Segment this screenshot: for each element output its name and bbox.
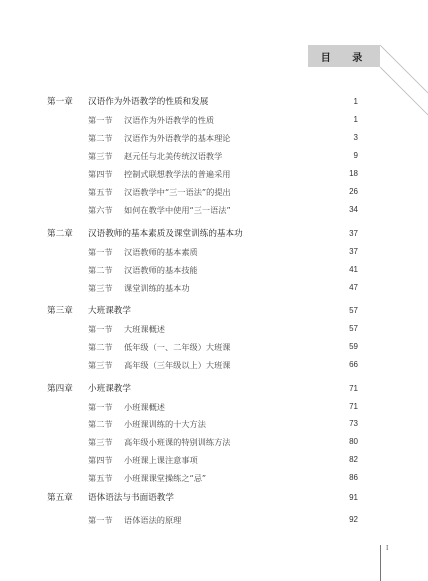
toc-section-entry[interactable]: 第一节汉语作为外语教学的性质1 xyxy=(0,112,428,128)
entry-label: 第三节 xyxy=(88,434,113,450)
toc-section-entry[interactable]: 第一节小班课概述71 xyxy=(0,399,428,415)
toc-chapter-entry[interactable]: 第二章汉语教师的基本素质及课堂训练的基本功37 xyxy=(0,226,428,242)
entry-label: 第一节 xyxy=(88,112,113,128)
entry-label: 第三节 xyxy=(88,148,113,164)
entry-title: 大班课概述 xyxy=(124,321,165,337)
toc-section-entry[interactable]: 第三节高年级（三年级以上）大班课66 xyxy=(0,357,428,373)
entry-label: 第一节 xyxy=(88,321,113,337)
page-folio: I xyxy=(386,544,388,552)
toc-chapter-entry[interactable]: 第五章语体语法与书面语教学91 xyxy=(0,490,428,506)
entry-page-number: 1 xyxy=(354,94,358,110)
entry-title: 小班课课堂操练之“忌” xyxy=(124,470,206,486)
entry-title: 汉语作为外语教学的性质和发展 xyxy=(88,94,208,110)
entry-page-number: 26 xyxy=(349,184,358,200)
entry-label: 第四节 xyxy=(88,166,113,182)
toc-section-entry[interactable]: 第四节控制式联想教学法的普遍采用18 xyxy=(0,166,428,182)
entry-title: 语体语法与书面语教学 xyxy=(88,490,174,506)
entry-label: 第一节 xyxy=(88,399,113,415)
toc-section-entry[interactable]: 第六节如何在教学中使用“三一语法”34 xyxy=(0,202,428,218)
entry-page-number: 57 xyxy=(349,303,358,319)
entry-title: 控制式联想教学法的普遍采用 xyxy=(124,166,230,182)
entry-label: 第一章 xyxy=(47,94,73,110)
entry-page-number: 73 xyxy=(349,416,358,432)
entry-page-number: 91 xyxy=(349,490,358,506)
entry-title: 小班课上课注意事项 xyxy=(124,452,198,468)
entry-label: 第二节 xyxy=(88,262,113,278)
entry-label: 第二节 xyxy=(88,130,113,146)
entry-label: 第一节 xyxy=(88,244,113,260)
entry-page-number: 34 xyxy=(349,202,358,218)
entry-title: 小班课概述 xyxy=(124,399,165,415)
entry-page-number: 47 xyxy=(349,280,358,296)
entry-page-number: 82 xyxy=(349,452,358,468)
entry-title: 汉语作为外语教学的性质 xyxy=(124,112,214,128)
toc-title: 目 录 xyxy=(308,45,380,67)
entry-page-number: 37 xyxy=(349,244,358,260)
entry-title: 小班课训练的十大方法 xyxy=(124,416,206,432)
entry-page-number: 41 xyxy=(349,262,358,278)
toc-section-entry[interactable]: 第二节小班课训练的十大方法73 xyxy=(0,416,428,432)
entry-page-number: 9 xyxy=(354,148,358,164)
entry-label: 第五节 xyxy=(88,470,113,486)
entry-page-number: 59 xyxy=(349,339,358,355)
entry-title: 汉语教师的基本技能 xyxy=(124,262,198,278)
toc-chapter-entry[interactable]: 第三章大班课教学57 xyxy=(0,303,428,319)
entry-title: 语体语法的原理 xyxy=(124,512,181,528)
toc-section-entry[interactable]: 第三节赵元任与北美传统汉语教学9 xyxy=(0,148,428,164)
entry-title: 小班课教学 xyxy=(88,381,131,397)
folio-divider xyxy=(380,545,381,581)
entry-page-number: 92 xyxy=(349,512,358,528)
entry-title: 汉语作为外语教学的基本理论 xyxy=(124,130,230,146)
entry-label: 第二章 xyxy=(47,226,73,242)
toc-section-entry[interactable]: 第三节高年级小班课的特别训练方法80 xyxy=(0,434,428,450)
toc-section-entry[interactable]: 第三节课堂训练的基本功47 xyxy=(0,280,428,296)
entry-page-number: 3 xyxy=(354,130,358,146)
entry-page-number: 71 xyxy=(349,399,358,415)
entry-label: 第四节 xyxy=(88,452,113,468)
entry-page-number: 71 xyxy=(349,381,358,397)
entry-page-number: 66 xyxy=(349,357,358,373)
entry-label: 第五章 xyxy=(47,490,73,506)
entry-page-number: 86 xyxy=(349,470,358,486)
entry-page-number: 1 xyxy=(354,112,358,128)
entry-title: 如何在教学中使用“三一语法” xyxy=(124,202,231,218)
toc-chapter-entry[interactable]: 第一章汉语作为外语教学的性质和发展1 xyxy=(0,94,428,110)
entry-title: 高年级（三年级以上）大班课 xyxy=(124,357,230,373)
toc-section-entry[interactable]: 第一节汉语教师的基本素质37 xyxy=(0,244,428,260)
toc-section-entry[interactable]: 第一节大班课概述57 xyxy=(0,321,428,337)
entry-title: 汉语教师的基本素质及课堂训练的基本功 xyxy=(88,226,243,242)
entry-title: 课堂训练的基本功 xyxy=(124,280,190,296)
entry-page-number: 57 xyxy=(349,321,358,337)
toc-section-entry[interactable]: 第四节小班课上课注意事项82 xyxy=(0,452,428,468)
entry-title: 高年级小班课的特别训练方法 xyxy=(124,434,230,450)
entry-label: 第五节 xyxy=(88,184,113,200)
toc-section-entry[interactable]: 第一节语体语法的原理92 xyxy=(0,512,428,528)
entry-page-number: 80 xyxy=(349,434,358,450)
entry-label: 第三节 xyxy=(88,357,113,373)
entry-title: 汉语教师的基本素质 xyxy=(124,244,198,260)
toc-section-entry[interactable]: 第二节汉语教师的基本技能41 xyxy=(0,262,428,278)
toc-section-entry[interactable]: 第二节汉语作为外语教学的基本理论3 xyxy=(0,130,428,146)
entry-title: 低年级（一、二年级）大班课 xyxy=(124,339,230,355)
toc-section-entry[interactable]: 第五节小班课课堂操练之“忌”86 xyxy=(0,470,428,486)
entry-title: 大班课教学 xyxy=(88,303,131,319)
toc-section-entry[interactable]: 第二节低年级（一、二年级）大班课59 xyxy=(0,339,428,355)
entry-title: 赵元任与北美传统汉语教学 xyxy=(124,148,222,164)
entry-label: 第一节 xyxy=(88,512,113,528)
entry-label: 第三节 xyxy=(88,280,113,296)
entry-label: 第四章 xyxy=(47,381,73,397)
entry-label: 第二节 xyxy=(88,416,113,432)
entry-page-number: 37 xyxy=(349,226,358,242)
entry-page-number: 18 xyxy=(349,166,358,182)
entry-title: 汉语教学中“三一语法”的提出 xyxy=(124,184,231,200)
toc-chapter-entry[interactable]: 第四章小班课教学71 xyxy=(0,381,428,397)
entry-label: 第三章 xyxy=(47,303,73,319)
entry-label: 第二节 xyxy=(88,339,113,355)
entry-label: 第六节 xyxy=(88,202,113,218)
toc-section-entry[interactable]: 第五节汉语教学中“三一语法”的提出26 xyxy=(0,184,428,200)
